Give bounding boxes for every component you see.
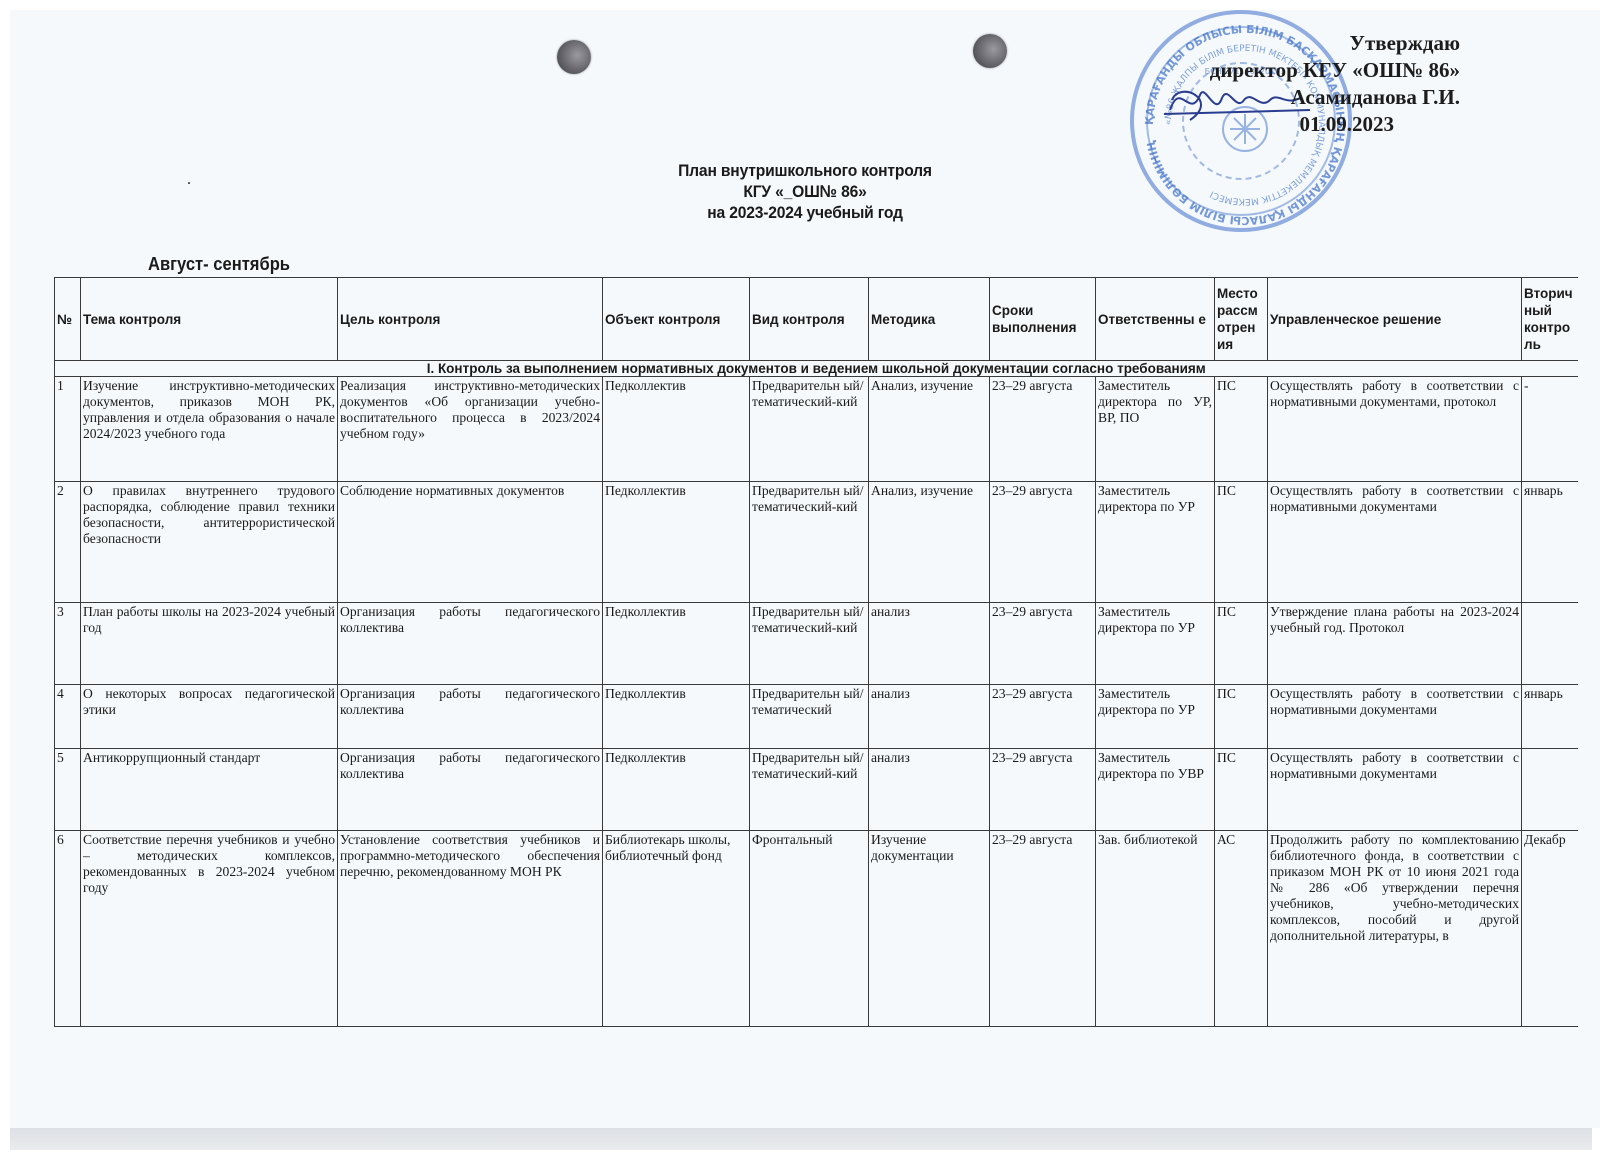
deadline-cell: 23–29 августа bbox=[990, 831, 1096, 1027]
object-cell: Педколлектив bbox=[603, 377, 750, 482]
deadline-cell: 23–29 августа bbox=[990, 749, 1096, 831]
topic-cell: План работы школы на 2023-2024 учебный г… bbox=[81, 603, 338, 685]
venue-cell: ПС bbox=[1215, 603, 1268, 685]
approval-name: Асамиданова Г.И. bbox=[1210, 84, 1460, 111]
row-number: 1 bbox=[55, 377, 81, 482]
control-type-cell: Предварительн ый/ тематический-кий bbox=[750, 603, 869, 685]
deadline-cell: 23–29 августа bbox=[990, 685, 1096, 749]
topic-cell: Антикоррупционный стандарт bbox=[81, 749, 338, 831]
goal-cell: Соблюдение нормативных документов bbox=[338, 482, 603, 603]
responsible-cell: Заместитель директора по УР bbox=[1096, 685, 1215, 749]
header-venue: Место рассм отрен ия bbox=[1215, 278, 1268, 361]
topic-cell: О некоторых вопросах педагогической этик… bbox=[81, 685, 338, 749]
object-cell: Педколлектив bbox=[603, 603, 750, 685]
object-cell: Библиотекарь школы, библиотечный фонд bbox=[603, 831, 750, 1027]
punch-hole-left bbox=[557, 40, 591, 74]
approval-block: Утверждаю директор КГУ «ОШ№ 86» Асамидан… bbox=[1210, 30, 1460, 138]
method-cell: анализ bbox=[869, 603, 990, 685]
approval-date: 01.09.2023 bbox=[1210, 111, 1460, 138]
decision-cell: Осуществлять работу в соответствии с нор… bbox=[1268, 749, 1522, 831]
table-header-row: № Тема контроля Цель контроля Объект кон… bbox=[55, 278, 1578, 361]
table-row: 1Изучение инструктивно-методических доку… bbox=[55, 377, 1578, 482]
table-row: 6Соответствие перечня учебников и учебно… bbox=[55, 831, 1578, 1027]
control-type-cell: Предварительн ый/ тематический-кий bbox=[750, 749, 869, 831]
header-secondary: Вторич ный контро ль bbox=[1522, 278, 1578, 361]
header-type: Вид контроля bbox=[750, 278, 869, 361]
header-number: № bbox=[55, 278, 81, 361]
object-cell: Педколлектив bbox=[603, 685, 750, 749]
approval-position: директор КГУ «ОШ№ 86» bbox=[1210, 57, 1460, 84]
table-row: 4О некоторых вопросах педагогической эти… bbox=[55, 685, 1578, 749]
venue-cell: ПС bbox=[1215, 685, 1268, 749]
responsible-cell: Заместитель директора по УР bbox=[1096, 603, 1215, 685]
method-cell: Изучение документации bbox=[869, 831, 990, 1027]
scanner-edge bbox=[10, 1128, 1592, 1150]
header-topic: Тема контроля bbox=[81, 278, 338, 361]
header-decision: Управленческое решение bbox=[1268, 278, 1522, 361]
punch-hole-right bbox=[973, 34, 1007, 68]
period-label: Август- сентябрь bbox=[148, 254, 290, 275]
decision-cell: Осуществлять работу в соответствии с нор… bbox=[1268, 482, 1522, 603]
table-row: 2О правилах внутреннего трудового распор… bbox=[55, 482, 1578, 603]
goal-cell: Реализация инструктивно-методических док… bbox=[338, 377, 603, 482]
control-plan-table: № Тема контроля Цель контроля Объект кон… bbox=[54, 277, 1578, 1027]
row-number: 5 bbox=[55, 749, 81, 831]
title-line-1: План внутришкольного контроля bbox=[561, 160, 1049, 181]
control-type-cell: Предварительн ый/ тематический-кий bbox=[750, 377, 869, 482]
decision-cell: Осуществлять работу в соответствии с нор… bbox=[1268, 377, 1522, 482]
goal-cell: Организация работы педагогического колле… bbox=[338, 749, 603, 831]
method-cell: Анализ, изучение bbox=[869, 377, 990, 482]
title-line-2: КГУ «_ОШ№ 86» bbox=[561, 181, 1049, 202]
topic-cell: Изучение инструктивно-методических докум… bbox=[81, 377, 338, 482]
section-row: I. Контроль за выполнением нормативных д… bbox=[55, 361, 1578, 377]
method-cell: анализ bbox=[869, 685, 990, 749]
approval-title: Утверждаю bbox=[1210, 30, 1460, 57]
secondary-control-cell bbox=[1522, 749, 1578, 831]
object-cell: Педколлектив bbox=[603, 482, 750, 603]
method-cell: анализ bbox=[869, 749, 990, 831]
row-number: 2 bbox=[55, 482, 81, 603]
secondary-control-cell: январь bbox=[1522, 482, 1578, 603]
secondary-control-cell: - bbox=[1522, 377, 1578, 482]
secondary-control-cell bbox=[1522, 603, 1578, 685]
header-object: Объект контроля bbox=[603, 278, 750, 361]
venue-cell: ПС bbox=[1215, 749, 1268, 831]
responsible-cell: Заместитель директора по УР bbox=[1096, 482, 1215, 603]
venue-cell: ПС bbox=[1215, 377, 1268, 482]
venue-cell: АС bbox=[1215, 831, 1268, 1027]
decision-cell: Осуществлять работу в соответствии с нор… bbox=[1268, 685, 1522, 749]
header-responsible: Ответственны е bbox=[1096, 278, 1215, 361]
topic-cell: О правилах внутреннего трудового распоря… bbox=[81, 482, 338, 603]
row-number: 3 bbox=[55, 603, 81, 685]
section-title: I. Контроль за выполнением нормативных д… bbox=[55, 361, 1578, 377]
row-number: 6 bbox=[55, 831, 81, 1027]
secondary-control-cell: Декабр bbox=[1522, 831, 1578, 1027]
deadline-cell: 23–29 августа bbox=[990, 377, 1096, 482]
stray-dot: . bbox=[187, 171, 191, 189]
topic-cell: Соответствие перечня учебников и учебно … bbox=[81, 831, 338, 1027]
header-goal: Цель контроля bbox=[338, 278, 603, 361]
object-cell: Педколлектив bbox=[603, 749, 750, 831]
deadline-cell: 23–29 августа bbox=[990, 482, 1096, 603]
header-method: Методика bbox=[869, 278, 990, 361]
control-type-cell: Предварительн ый/ тематический-кий bbox=[750, 482, 869, 603]
table-row: 5Антикоррупционный стандартОрганизация р… bbox=[55, 749, 1578, 831]
document-title: План внутришкольного контроля КГУ «_ОШ№ … bbox=[561, 160, 1049, 223]
responsible-cell: Заместитель директора по УР, ВР, ПО bbox=[1096, 377, 1215, 482]
control-type-cell: Фронтальный bbox=[750, 831, 869, 1027]
secondary-control-cell: январь bbox=[1522, 685, 1578, 749]
goal-cell: Организация работы педагогического колле… bbox=[338, 685, 603, 749]
row-number: 4 bbox=[55, 685, 81, 749]
header-deadline: Сроки выполнения bbox=[990, 278, 1096, 361]
table-row: 3План работы школы на 2023-2024 учебный … bbox=[55, 603, 1578, 685]
responsible-cell: Заместитель директора по УВР bbox=[1096, 749, 1215, 831]
responsible-cell: Зав. библиотекой bbox=[1096, 831, 1215, 1027]
goal-cell: Организация работы педагогического колле… bbox=[338, 603, 603, 685]
control-type-cell: Предварительн ый/ тематический bbox=[750, 685, 869, 749]
decision-cell: Утверждение плана работы на 2023-2024 уч… bbox=[1268, 603, 1522, 685]
method-cell: Анализ, изучение bbox=[869, 482, 990, 603]
decision-cell: Продолжить работу по комплектованию библ… bbox=[1268, 831, 1522, 1027]
goal-cell: Установление соответствия учебников и пр… bbox=[338, 831, 603, 1027]
title-line-3: на 2023-2024 учебный год bbox=[561, 202, 1049, 223]
deadline-cell: 23–29 августа bbox=[990, 603, 1096, 685]
venue-cell: ПС bbox=[1215, 482, 1268, 603]
